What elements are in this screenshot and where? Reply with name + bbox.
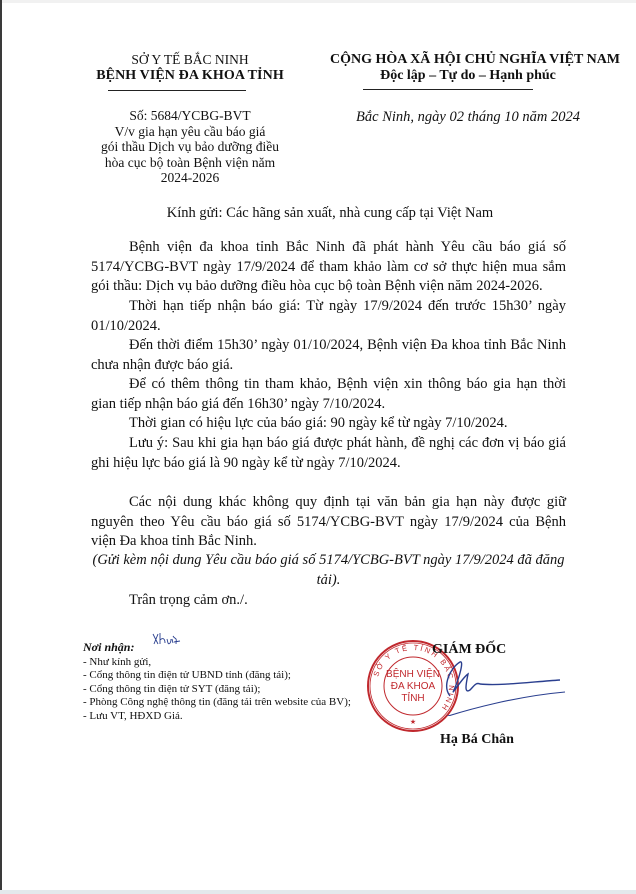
date-line: Bắc Ninh, ngày 02 tháng 10 năm 2024 — [330, 109, 606, 126]
subject-line: gói thầu Dịch vụ bảo dưỡng điều — [70, 139, 310, 155]
org-name: BỆNH VIỆN ĐA KHOA TỈNH — [70, 68, 310, 84]
closing-line: Trân trọng cảm ơn./. — [129, 592, 248, 609]
recipient-item: - Phòng Công nghệ thông tin (đăng tải tr… — [83, 696, 351, 709]
body-paragraph: Đến thời điểm 15h30’ ngày 01/10/2024, Bệ… — [91, 336, 566, 375]
recipient-item: - Như kính gửi, — [83, 656, 351, 669]
paragraph-text: Thời gian có hiệu lực của báo giá: 90 ng… — [91, 414, 566, 434]
paragraph-text: Thời hạn tiếp nhận báo giá: Từ ngày 17/9… — [91, 297, 566, 336]
header-right-underline — [363, 89, 533, 90]
recipient-item: - Cổng thông tin điện tử UBND tỉnh (đăng… — [83, 669, 351, 682]
paragraph-text: Để có thêm thông tin tham khảo, Bệnh việ… — [91, 375, 566, 414]
doc-number: Số: 5684/YCBG-BVT — [70, 108, 310, 124]
handwritten-initials-icon — [150, 630, 190, 652]
handwritten-signature-icon — [420, 656, 590, 716]
viewer-left-border — [0, 0, 2, 894]
recipients-list: - Như kính gửi, - Cổng thông tin điện tử… — [83, 656, 351, 723]
page-top-shade — [0, 0, 636, 3]
header-left-underline — [108, 90, 246, 91]
org-parent: SỞ Y TẾ BẮC NINH — [70, 52, 310, 68]
attachment-note: (Gửi kèm nội dung Yêu cầu báo giá số 517… — [91, 551, 566, 590]
body-paragraph: Các nội dung khác không quy định tại văn… — [91, 493, 566, 552]
body-paragraph: Thời gian có hiệu lực của báo giá: 90 ng… — [91, 414, 566, 434]
signatory-name: Hạ Bá Chân — [440, 732, 514, 748]
paragraph-text: Đến thời điểm 15h30’ ngày 01/10/2024, Bệ… — [91, 336, 566, 375]
body-paragraph: Bệnh viện đa khoa tỉnh Bắc Ninh đã phát … — [91, 238, 566, 297]
recipient-line: Kính gửi: Các hãng sản xuất, nhà cung cấ… — [60, 205, 600, 222]
paragraph-text: Lưu ý: Sau khi gia hạn báo giá được phát… — [91, 434, 566, 473]
viewer-bottom-strip — [0, 890, 636, 894]
subject-line: hòa cục bộ toàn Bệnh viện năm — [70, 155, 310, 171]
recipients-title: Nơi nhận: — [83, 640, 134, 655]
body-paragraph: Lưu ý: Sau khi gia hạn báo giá được phát… — [91, 434, 566, 473]
recipient-item: - Lưu VT, HĐXD Giá. — [83, 710, 351, 723]
signatory-title: GIÁM ĐỐC — [432, 642, 506, 658]
body-paragraph: Để có thêm thông tin tham khảo, Bệnh việ… — [91, 375, 566, 414]
subject-line: V/v gia hạn yêu cầu báo giá — [70, 124, 310, 140]
svg-text:★: ★ — [410, 718, 416, 726]
paragraph-text: Các nội dung khác không quy định tại văn… — [91, 493, 566, 552]
subject-line: 2024-2026 — [70, 170, 310, 186]
paragraph-text: Bệnh viện đa khoa tỉnh Bắc Ninh đã phát … — [91, 238, 566, 297]
doc-number-block: Số: 5684/YCBG-BVT V/v gia hạn yêu cầu bá… — [70, 108, 310, 186]
body-paragraph: Thời hạn tiếp nhận báo giá: Từ ngày 17/9… — [91, 297, 566, 336]
national-title: CỘNG HÒA XÃ HỘI CHỦ NGHĨA VIỆT NAM — [330, 52, 606, 68]
recipient-item: - Cổng thông tin điện tử SYT (đăng tải); — [83, 683, 351, 696]
national-motto: Độc lập – Tự do – Hạnh phúc — [330, 68, 606, 84]
